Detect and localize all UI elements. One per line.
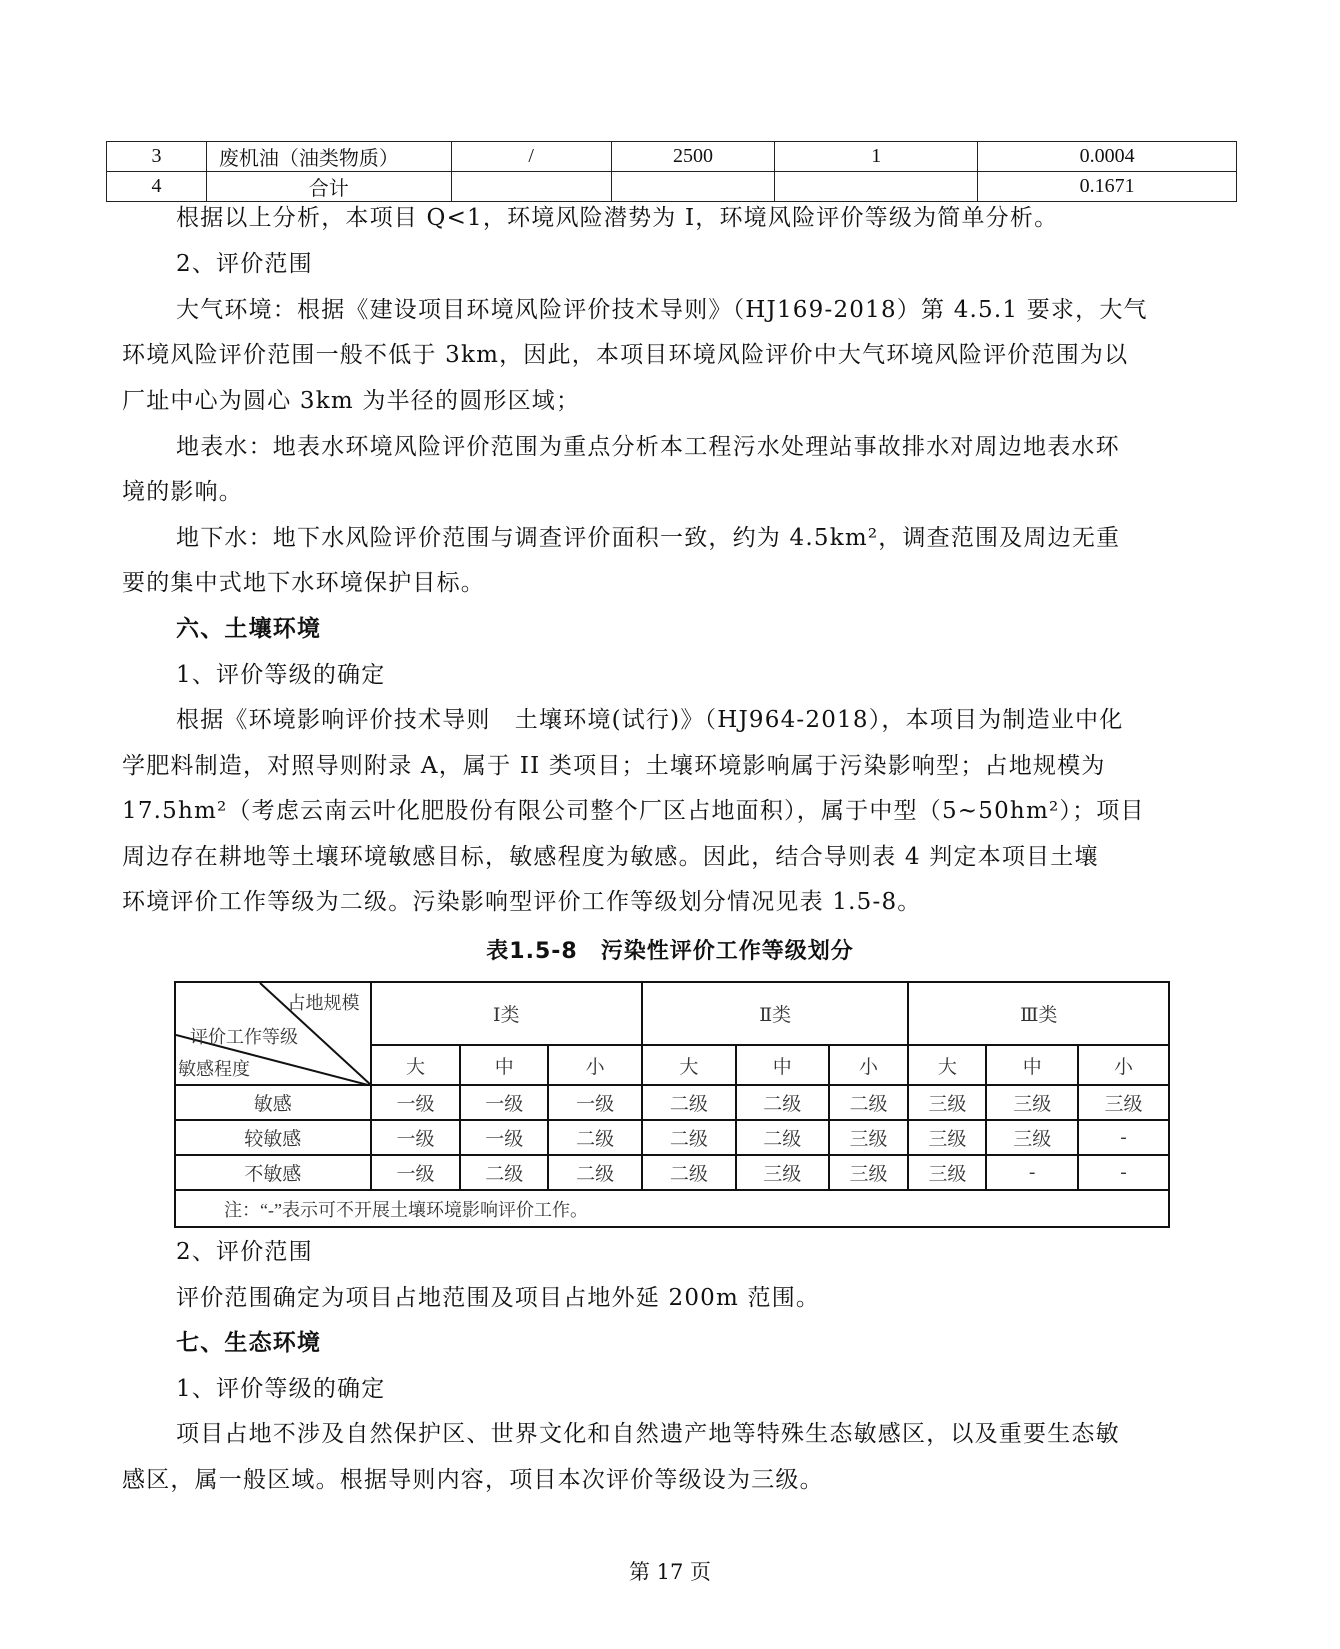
table-note-row: 注：“-”表示可不开展土壤环境影响评价工作。	[175, 1190, 1169, 1227]
cell-name: 废机油（油类物质）	[206, 142, 451, 172]
grade-cell: 三级	[829, 1120, 909, 1155]
grade-cell: 一级	[460, 1085, 548, 1120]
table-caption: 表1.5-8 污染性评价工作等级划分	[0, 934, 1340, 965]
corner-label-sensitivity: 敏感程度	[178, 1055, 250, 1081]
group-header: Ⅲ类	[908, 982, 1169, 1045]
grade-cell: 三级	[986, 1085, 1078, 1120]
risk-substance-table: 3 废机油（油类物质） / 2500 1 0.0004 4 合计 0.1671	[106, 141, 1237, 202]
grade-cell: 三级	[829, 1155, 909, 1190]
size-header: 大	[371, 1045, 461, 1085]
cell-qty	[775, 172, 978, 202]
group-header: Ⅱ类	[642, 982, 908, 1045]
table-note: 注：“-”表示可不开展土壤环境影响评价工作。	[175, 1190, 1169, 1227]
size-header: 中	[986, 1045, 1078, 1085]
paragraph-soil: 学肥料制造，对照导则附录 A，属于 II 类项目；土壤环境影响属于污染影响型；占…	[122, 751, 1216, 781]
cell-threshold: 2500	[611, 142, 775, 172]
row-label: 不敏感	[175, 1155, 371, 1190]
paragraph-conclusion: 根据以上分析，本项目 Q<1，环境风险潜势为 I，环境风险评价等级为简单分析。	[176, 203, 1216, 233]
grade-cell: 一级	[371, 1085, 461, 1120]
grade-cell: 二级	[642, 1155, 736, 1190]
cell-cas: /	[451, 142, 611, 172]
subheading-range: 2、评价范围	[176, 1237, 1216, 1267]
paragraph-ecology: 感区，属一般区域。根据导则内容，项目本次评价等级设为三级。	[122, 1465, 1216, 1495]
paragraph-ecology: 项目占地不涉及自然保护区、世界文化和自然遗产地等特殊生态敏感区，以及重要生态敏	[176, 1419, 1216, 1449]
table-row: 较敏感 一级 一级 二级 二级 二级 三级 三级 三级 -	[175, 1120, 1169, 1155]
table-row: 不敏感 一级 二级 二级 二级 三级 三级 三级 - -	[175, 1155, 1169, 1190]
size-header: 大	[642, 1045, 736, 1085]
heading-range: 2、评价范围	[176, 249, 1216, 279]
paragraph-soil-range: 评价范围确定为项目占地范围及项目占地外延 200m 范围。	[176, 1283, 1216, 1313]
cell-threshold	[611, 172, 775, 202]
grade-cell: 三级	[908, 1120, 986, 1155]
paragraph-air: 大气环境：根据《建设项目环境风险评价技术导则》（HJ169-2018）第 4.5…	[176, 295, 1216, 325]
grade-cell: 一级	[460, 1120, 548, 1155]
cell-no: 4	[107, 172, 207, 202]
grade-cell: 三级	[908, 1155, 986, 1190]
cell-name: 合计	[206, 172, 451, 202]
table-header-row: 占地规模 评价工作等级 敏感程度 Ⅰ类 Ⅱ类 Ⅲ类	[175, 982, 1169, 1045]
size-header: 中	[736, 1045, 829, 1085]
grade-cell: 二级	[548, 1120, 642, 1155]
grade-cell: 一级	[371, 1155, 461, 1190]
diagonal-header-cell: 占地规模 评价工作等级 敏感程度	[175, 982, 371, 1085]
grade-cell: 三级	[1078, 1085, 1169, 1120]
corner-label-scale: 占地规模	[288, 989, 360, 1015]
subheading-grade: 1、评价等级的确定	[176, 660, 1216, 690]
grade-cell: 二级	[642, 1085, 736, 1120]
grade-cell: 三级	[908, 1085, 986, 1120]
grade-cell: 二级	[829, 1085, 909, 1120]
grade-cell: 二级	[548, 1155, 642, 1190]
size-header: 大	[908, 1045, 986, 1085]
row-label: 较敏感	[175, 1120, 371, 1155]
table-row: 3 废机油（油类物质） / 2500 1 0.0004	[107, 142, 1237, 172]
grade-cell: 一级	[371, 1120, 461, 1155]
paragraph-soil: 周边存在耕地等土壤环境敏感目标，敏感程度为敏感。因此，结合导则表 4 判定本项目…	[122, 842, 1216, 872]
grade-cell: 二级	[736, 1120, 829, 1155]
grade-cell: 二级	[642, 1120, 736, 1155]
row-label: 敏感	[175, 1085, 371, 1120]
grade-cell: 二级	[460, 1155, 548, 1190]
cell-cas	[451, 172, 611, 202]
cell-no: 3	[107, 142, 207, 172]
table-row: 敏感 一级 一级 一级 二级 二级 二级 三级 三级 三级	[175, 1085, 1169, 1120]
paragraph-surface-water: 地表水：地表水环境风险评价范围为重点分析本工程污水处理站事故排水对周边地表水环	[176, 432, 1216, 462]
paragraph-soil: 根据《环境影响评价技术导则 土壤环境(试行)》（HJ964-2018），本项目为…	[176, 705, 1216, 735]
size-header: 中	[460, 1045, 548, 1085]
grade-cell: 二级	[736, 1085, 829, 1120]
soil-grade-table: 占地规模 评价工作等级 敏感程度 Ⅰ类 Ⅱ类 Ⅲ类 大 中 小 大 中 小 大 …	[174, 981, 1170, 1228]
section-heading-soil: 六、土壤环境	[176, 614, 1216, 644]
corner-label-grade: 评价工作等级	[190, 1023, 298, 1049]
cell-qty: 1	[775, 142, 978, 172]
size-header: 小	[1078, 1045, 1169, 1085]
grade-cell: -	[986, 1155, 1078, 1190]
grade-cell: -	[1078, 1155, 1169, 1190]
grade-cell: 三级	[986, 1120, 1078, 1155]
size-header: 小	[548, 1045, 642, 1085]
grade-cell: 三级	[736, 1155, 829, 1190]
size-header: 小	[829, 1045, 909, 1085]
paragraph-soil: 环境评价工作等级为二级。污染影响型评价工作等级划分情况见表 1.5-8。	[122, 887, 1216, 917]
cell-q: 0.1671	[978, 172, 1237, 202]
section-heading-ecology: 七、生态环境	[176, 1328, 1216, 1358]
paragraph-air: 厂址中心为圆心 3km 为半径的圆形区域；	[122, 386, 1216, 416]
paragraph-air: 环境风险评价范围一般不低于 3km，因此，本项目环境风险评价中大气环境风险评价范…	[122, 340, 1216, 370]
paragraph-groundwater: 地下水：地下水风险评价范围与调查评价面积一致，约为 4.5km²，调查范围及周边…	[176, 523, 1216, 553]
page-number: 第 17 页	[0, 1556, 1340, 1586]
table-row: 4 合计 0.1671	[107, 172, 1237, 202]
grade-cell: 一级	[548, 1085, 642, 1120]
paragraph-soil: 17.5hm²（考虑云南云叶化肥股份有限公司整个厂区占地面积），属于中型（5~5…	[122, 796, 1216, 826]
paragraph-groundwater: 要的集中式地下水环境保护目标。	[122, 568, 1216, 598]
grade-cell: -	[1078, 1120, 1169, 1155]
paragraph-surface-water: 境的影响。	[122, 477, 1216, 507]
cell-q: 0.0004	[978, 142, 1237, 172]
group-header: Ⅰ类	[371, 982, 642, 1045]
subheading-grade: 1、评价等级的确定	[176, 1374, 1216, 1404]
